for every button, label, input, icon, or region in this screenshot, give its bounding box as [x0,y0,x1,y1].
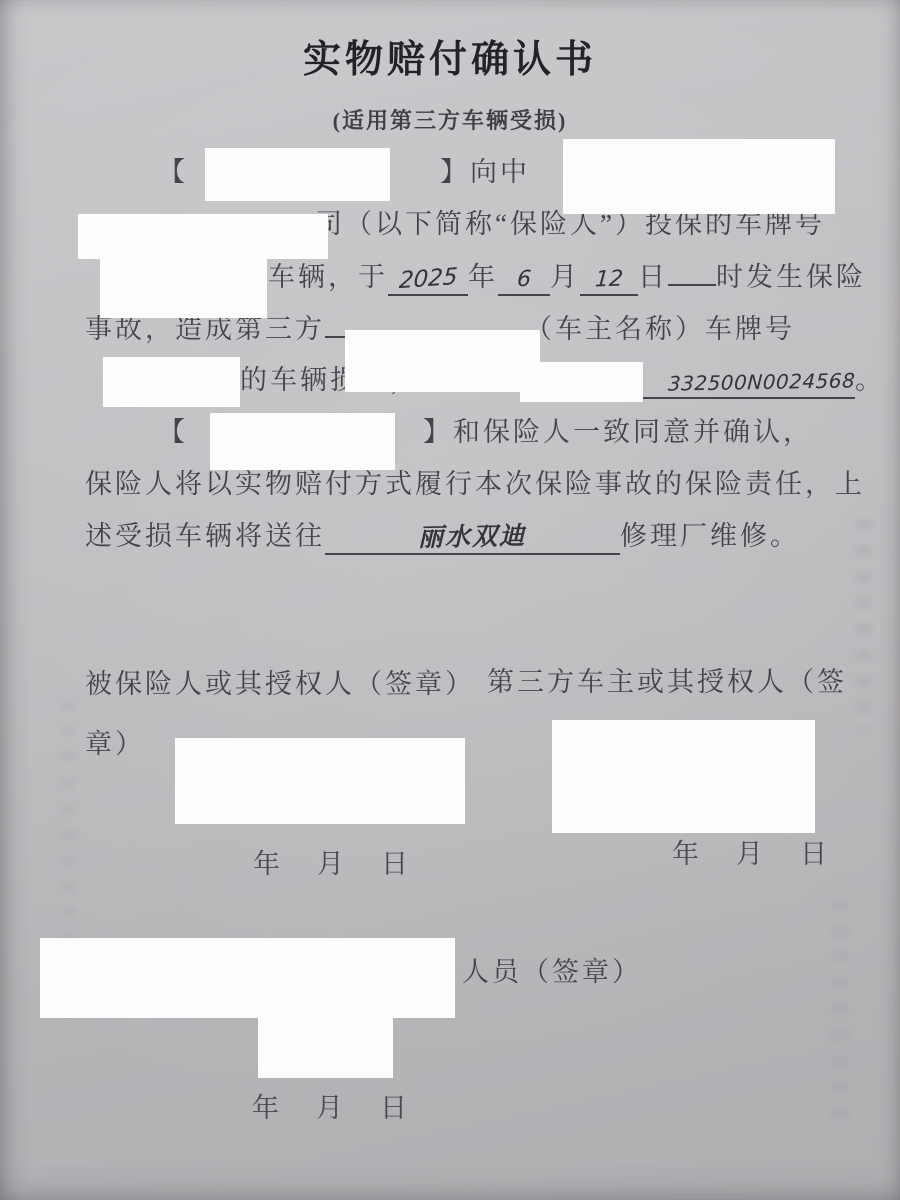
redaction-box [78,214,328,259]
day-label: 日 [638,262,668,292]
redaction-box [103,357,240,407]
insured-date-line: 年 月 日 [253,842,410,881]
redaction-box [175,738,465,824]
body-line-6-text: 】和保险人一致同意并确认， [423,417,813,447]
redaction-box [210,413,395,470]
redaction-box [520,362,643,402]
body-line-4-post: （车主名称）车牌号 [525,314,795,344]
bracket-open: 【 [158,417,188,447]
handler-signature-label: 人员（签章） [462,950,642,989]
month-label: 月 [550,262,580,292]
redaction-box [205,148,390,201]
handwritten-repair-shop: 丽水双迪 [418,519,527,555]
body-line-3-post: 时发生保险 [716,262,866,292]
redaction-box [100,258,267,318]
redaction-box [563,139,835,214]
body-line-5-period: 。 [855,365,885,395]
third-party-signature-label: 第三方车主或其授权人（签 [487,660,847,699]
day-blank: 12 [580,260,638,296]
handwritten-month: 6 [516,263,532,298]
body-line-3-pre: 车辆，于 [268,262,388,292]
redaction-box [552,720,815,833]
body-line-8: 述受损车辆将送往丽水双迪修理厂维修。 [85,510,870,562]
month-blank: 6 [498,260,550,296]
year-label: 年 [468,262,498,292]
insured-signature-label: 被保险人或其授权人（签章） [85,662,475,701]
bracket-open: 【 [158,157,188,187]
redaction-box [345,330,540,392]
body-line-6: 【】和保险人一致同意并确认， [85,406,870,458]
year-blank: 2025 [388,260,468,296]
third-party-date-line: 年 月 日 [672,832,829,871]
third-party-signature-label-wrap: 章） [85,722,145,761]
repair-shop-blank: 丽水双迪 [325,519,620,555]
bleed-through-marks [832,900,848,1130]
redaction-box [40,938,455,1018]
body-line-7: 保险人将以实物赔付方式履行本次保险事故的保险责任，上 [85,458,870,510]
page-title: 实物赔付确认书 [0,28,900,83]
redaction-box [258,1018,393,1078]
body-line-4-pre: 事故，造成第三方 [85,314,325,344]
body-line-7-text: 保险人将以实物赔付方式履行本次保险事故的保险责任，上 [85,469,865,499]
hour-blank [668,250,716,286]
handwritten-day: 12 [594,262,624,297]
document-photo: 实物赔付确认书 (适用第三方车辆受损) 【】向中 司（以下简称“保险人”）投保的… [0,0,900,1200]
handwritten-year: 2025 [398,260,459,298]
handler-date-line: 年 月 日 [252,1086,409,1125]
page-subtitle: (适用第三方车辆受损) [0,104,900,135]
handwritten-report-no: 332500N0024568 [667,363,856,400]
body-line-8-post: 修理厂维修。 [620,521,800,551]
body-line-1-text: 】向中 [440,157,530,187]
body-line-8-pre: 述受损车辆将送往 [85,521,325,551]
